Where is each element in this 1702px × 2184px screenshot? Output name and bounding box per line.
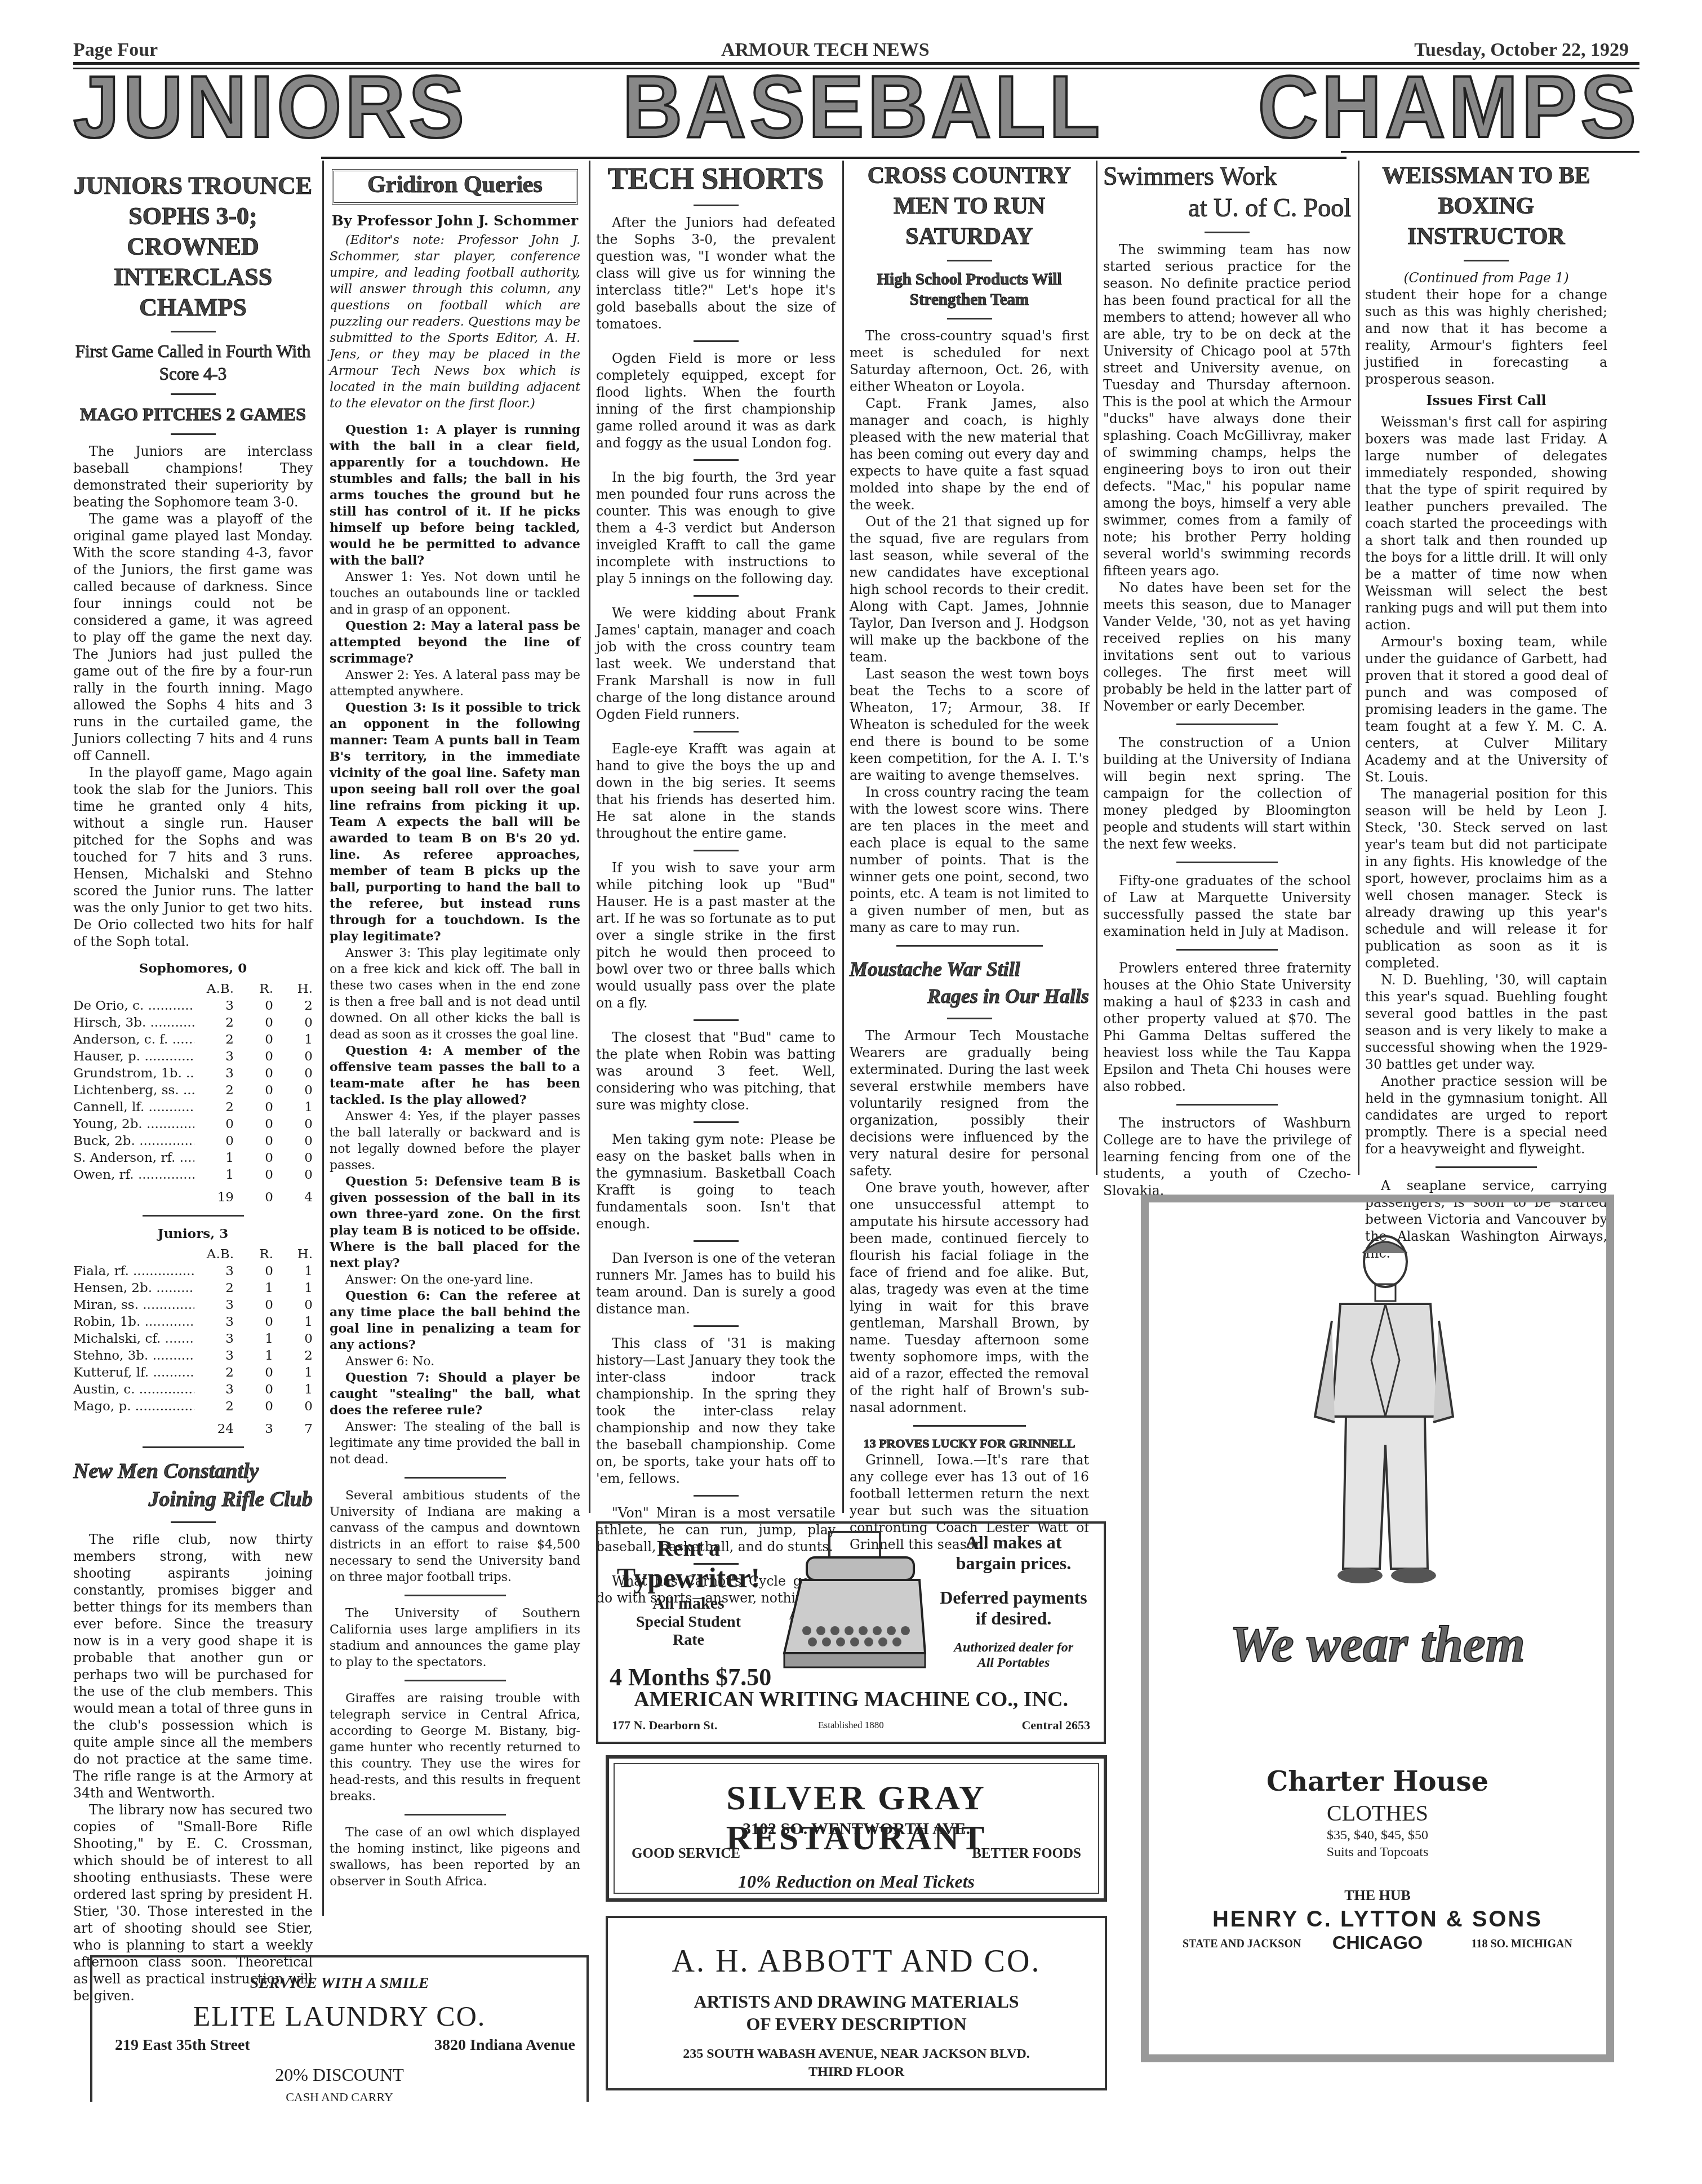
ad-text: CASH AND CARRY — [92, 2090, 586, 2105]
ad-location: 118 SO. MICHIGAN — [1472, 1938, 1572, 1951]
ad-text: bargain prices. — [935, 1553, 1092, 1574]
paragraph: The Armour Tech Moustache Wearers are gr… — [850, 1027, 1089, 1179]
editors-note: (Editor's note: Professor John J. Schomm… — [330, 232, 580, 412]
short-item: Dan Iverson is one of the veteran runner… — [596, 1250, 836, 1317]
player-name: Miran, ss. — [73, 1297, 194, 1313]
article-cross-country: CROSS COUNTRY MEN TO RUN SATURDAY High S… — [850, 161, 1089, 1553]
total-ab: 24 — [194, 1421, 234, 1437]
total-r: 0 — [234, 1189, 273, 1206]
box-score-title: Sophomores, 0 — [73, 960, 313, 977]
stat-r: 0 — [234, 1082, 273, 1099]
stat-ab: 1 — [194, 1149, 234, 1166]
grinnell-headline: 13 PROVES LUCKY FOR GRINNELL — [850, 1436, 1089, 1451]
table-row: De Orio, c.302 — [73, 997, 313, 1014]
stat-ab: 2 — [194, 1031, 234, 1048]
column-divider — [322, 161, 324, 1916]
player-name: Grundstrom, 1b. — [73, 1065, 194, 1082]
totals-row: 1904 — [73, 1189, 313, 1206]
divider — [694, 205, 739, 206]
article-subhead: First Game Called in Fourth With Score 4… — [73, 340, 313, 385]
stat-ab: 2 — [194, 1364, 234, 1381]
article-headline: CROSS COUNTRY MEN TO RUN SATURDAY — [850, 161, 1089, 252]
article-juniors-champs: JUNIORS TROUNCE SOPHS 3-0; CROWNED INTER… — [73, 161, 313, 2004]
box-score-title: Juniors, 3 — [73, 1226, 313, 1242]
paragraph: In cross country racing the team with th… — [850, 784, 1089, 936]
stat-h: 0 — [273, 1014, 313, 1031]
divider — [694, 1495, 739, 1497]
column-divider — [1358, 161, 1359, 1175]
article-swimmers: Swimmers Work at U. of C. Pool The swimm… — [1103, 161, 1351, 1199]
ad-offer: 20% DISCOUNT — [92, 2065, 586, 2085]
stat-h: 1 — [273, 1364, 313, 1381]
stat-h: 1 — [273, 1263, 313, 1280]
question: Question 7: Should a player be caught "s… — [330, 1370, 580, 1419]
ad-address: 3102 SO. WENTWORTH AVE. — [609, 1819, 1104, 1839]
paragraph: Last season the west town boys beat the … — [850, 665, 1089, 784]
column-divider — [1096, 161, 1097, 1175]
paragraph: The Juniors are interclass baseball cham… — [73, 443, 313, 511]
stat-ab: 2 — [194, 1014, 234, 1031]
stat-h: 0 — [273, 1065, 313, 1082]
article-tech-shorts: TECH SHORTS After the Juniors had defeat… — [596, 161, 836, 1623]
player-name: Hirsch, 3b. — [73, 1014, 194, 1031]
player-name: Owen, rf. — [73, 1166, 194, 1183]
ad-silver-gray-restaurant: SILVER GRAY RESTAURANT 3102 SO. WENTWORT… — [606, 1755, 1107, 1902]
stat-r: 0 — [234, 1014, 273, 1031]
news-short: Several ambitious students of the Univer… — [330, 1488, 580, 1586]
divider — [694, 1019, 739, 1021]
stat-ab: 2 — [194, 1398, 234, 1415]
short-item: This class of '31 is making history—Last… — [596, 1335, 836, 1487]
divider — [405, 1595, 506, 1596]
ad-text: GOOD SERVICE — [632, 1846, 740, 1862]
ad-address: 235 SOUTH WABASH AVENUE, NEAR JACKSON BL… — [608, 2047, 1105, 2062]
divider — [913, 1425, 1026, 1427]
divider — [143, 1446, 244, 1448]
player-name: Cannell, lf. — [73, 1099, 194, 1116]
ad-address: 219 East 35th Street — [115, 2036, 250, 2054]
col-header-h: H. — [273, 980, 313, 997]
ad-typewriter: Rent a Typewriter! All makes Special Stu… — [596, 1521, 1106, 1744]
ad-phone: Central 2653 — [1021, 1718, 1090, 1733]
divider — [694, 1121, 739, 1123]
ad-brand: Charter House — [1149, 1766, 1606, 1797]
divider — [1176, 1104, 1278, 1106]
short-item: If you wish to save your arm while pitch… — [596, 859, 836, 1011]
ad-prices: $35, $40, $45, $50 — [1149, 1828, 1606, 1843]
stat-h: 2 — [273, 997, 313, 1014]
stat-r: 0 — [234, 1116, 273, 1133]
paragraph: The managerial position for this season … — [1365, 785, 1607, 971]
table-row: S. Anderson, rf.100 — [73, 1149, 313, 1166]
stat-r: 0 — [234, 1048, 273, 1065]
stat-h: 0 — [273, 1082, 313, 1099]
ad-company: AMERICAN WRITING MACHINE CO., INC. — [598, 1687, 1104, 1712]
short-item: Ogden Field is more or less completely e… — [596, 350, 836, 451]
divider — [947, 260, 992, 261]
table-row: Fiala, rf.301 — [73, 1263, 313, 1280]
article-weissman: WEISSMAN TO BE BOXING INSTRUCTOR (Contin… — [1365, 161, 1607, 1262]
ad-company: HENRY C. LYTTON & SONS — [1149, 1907, 1606, 1932]
article-headline-1: Swimmers Work — [1103, 161, 1351, 192]
stat-h: 2 — [273, 1347, 313, 1364]
player-name: Lichtenberg, ss. — [73, 1082, 194, 1099]
total-h: 7 — [273, 1421, 313, 1437]
table-row: Cannell, lf.201 — [73, 1099, 313, 1116]
divider — [405, 1680, 506, 1681]
banner-word-1: JUNIORS — [73, 57, 468, 158]
stat-ab: 2 — [194, 1280, 234, 1297]
article-headline: TECH SHORTS — [596, 161, 836, 197]
paragraph: In the playoff game, Mago again took the… — [73, 764, 313, 950]
news-short: The University of Southern California us… — [330, 1605, 580, 1671]
stat-ab: 0 — [194, 1133, 234, 1149]
divider — [1464, 260, 1509, 261]
short-item: We were kidding about Frank James' capta… — [596, 605, 836, 723]
divider — [1176, 723, 1278, 725]
stat-ab: 2 — [194, 1082, 234, 1099]
stat-ab: 3 — [194, 1065, 234, 1082]
answer: Answer: The stealing of the ball is legi… — [330, 1419, 580, 1468]
stat-r: 0 — [234, 1263, 273, 1280]
stat-r: 0 — [234, 1133, 273, 1149]
player-name: Hauser, p. — [73, 1048, 194, 1065]
stat-h: 1 — [273, 1031, 313, 1048]
stat-h: 1 — [273, 1381, 313, 1398]
ad-text: Rate — [610, 1631, 767, 1649]
total-r: 3 — [234, 1421, 273, 1437]
divider — [1176, 862, 1278, 863]
col-header-h: H. — [273, 1246, 313, 1263]
stat-r: 0 — [234, 1149, 273, 1166]
rifle-headline-2: Joining Rifle Club — [73, 1485, 313, 1513]
divider — [171, 433, 216, 435]
divider — [694, 731, 739, 733]
ad-text: THIRD FLOOR — [608, 2065, 1105, 2080]
player-name: Austin, c. — [73, 1381, 194, 1398]
short-item: In the big fourth, the 3rd year men poun… — [596, 469, 836, 587]
stat-h: 0 — [273, 1149, 313, 1166]
short-item: Eagle-eye Krafft was again at hand to gi… — [596, 740, 836, 842]
table-row: Young, 2b.000 — [73, 1116, 313, 1133]
short-item: After the Juniors had defeated the Sophs… — [596, 214, 836, 332]
stat-r: 1 — [234, 1330, 273, 1347]
man-in-suit-illustration — [1301, 1231, 1459, 1591]
stat-ab: 3 — [194, 1048, 234, 1065]
table-row: Hensen, 2b.211 — [73, 1280, 313, 1297]
ad-text: BETTER FOODS — [972, 1846, 1081, 1862]
table-row: Miran, ss.300 — [73, 1297, 313, 1313]
stat-h: 0 — [273, 1048, 313, 1065]
column-divider — [589, 161, 590, 1513]
ad-left-block: Rent a Typewriter! All makes Special Stu… — [610, 1535, 767, 1692]
answer: Answer: On the one-yard line. — [330, 1272, 580, 1288]
player-name: Anderson, c. f. — [73, 1031, 194, 1048]
divider — [405, 1477, 506, 1479]
ad-company: ELITE LAUNDRY CO. — [92, 2000, 586, 2032]
player-name: Hensen, 2b. — [73, 1280, 194, 1297]
paragraph: The swimming team has now started seriou… — [1103, 241, 1351, 579]
typewriter-icon — [773, 1529, 936, 1681]
divider — [171, 1521, 216, 1523]
divider — [896, 945, 1043, 947]
short-item: The closest that "Bud" came to the plate… — [596, 1029, 836, 1113]
stat-ab: 0 — [194, 1116, 234, 1133]
player-name: Mago, p. — [73, 1398, 194, 1415]
stat-h: 0 — [273, 1166, 313, 1183]
table-row: Stehno, 3b.312 — [73, 1347, 313, 1364]
table-row: Hirsch, 3b.200 — [73, 1014, 313, 1031]
divider — [143, 1215, 244, 1217]
paragraph: The rifle club, now thirty members stron… — [73, 1531, 313, 1801]
table-row: Anderson, c. f.201 — [73, 1031, 313, 1048]
stat-ab: 3 — [194, 997, 234, 1014]
player-name: Stehno, 3b. — [73, 1347, 194, 1364]
ad-address: 3820 Indiana Avenue — [434, 2036, 575, 2054]
stat-h: 0 — [273, 1330, 313, 1347]
player-name: Buck, 2b. — [73, 1133, 194, 1149]
stat-h: 1 — [273, 1099, 313, 1116]
total-h: 4 — [273, 1189, 313, 1206]
player-name: Robin, 1b. — [73, 1313, 194, 1330]
paragraph: Out of the 21 that signed up for the squ… — [850, 513, 1089, 665]
paragraph: No dates have been set for the meets thi… — [1103, 579, 1351, 714]
stat-h: 0 — [273, 1133, 313, 1149]
ad-text: Special Student — [610, 1613, 767, 1631]
divider — [694, 1240, 739, 1242]
stat-r: 0 — [234, 1398, 273, 1415]
article-headline-2: at U. of C. Pool — [1103, 192, 1351, 224]
table-row: Kutteruf, lf.201 — [73, 1364, 313, 1381]
article-headline: WEISSMAN TO BE BOXING INSTRUCTOR — [1365, 161, 1607, 252]
stat-r: 0 — [234, 1381, 273, 1398]
stat-h: 0 — [273, 1398, 313, 1415]
ad-text: Rent a — [610, 1535, 767, 1561]
news-short: Giraffes are raising trouble with telegr… — [330, 1690, 580, 1805]
moustache-headline-2: Rages in Our Halls — [850, 983, 1089, 1010]
table-row: Mago, p.200 — [73, 1398, 313, 1415]
totals-row: 2437 — [73, 1421, 313, 1437]
divider — [1205, 232, 1250, 233]
table-row: Robin, 1b.301 — [73, 1313, 313, 1330]
answer: Answer 6: No. — [330, 1353, 580, 1370]
stat-r: 0 — [234, 1065, 273, 1082]
paragraph: Weissman's first call for aspiring boxer… — [1365, 414, 1607, 633]
stat-h: 1 — [273, 1313, 313, 1330]
paragraph: student their hope for a change such as … — [1365, 286, 1607, 388]
player-name: De Orio, c. — [73, 997, 194, 1014]
ad-text: All makes at — [935, 1532, 1092, 1553]
ad-the-hub: THE HUB — [1149, 1887, 1606, 1904]
answer: Answer 4: Yes, if the player passes the … — [330, 1108, 580, 1174]
player-name: Michalski, cf. — [73, 1330, 194, 1347]
total-ab: 19 — [194, 1189, 234, 1206]
question: Question 4: A member of the offensive te… — [330, 1043, 580, 1108]
paragraph: Another practice session will be held in… — [1365, 1073, 1607, 1157]
box-score-juniors: Juniors, 3 A.B. R. H. Fiala, rf.301 Hens… — [73, 1226, 313, 1437]
column-divider — [842, 161, 844, 1513]
col-header-ab: A.B. — [194, 980, 234, 997]
divider — [405, 1814, 506, 1815]
ad-right-block: All makes at bargain prices. Deferred pa… — [935, 1532, 1092, 1671]
ad-text: ARTISTS AND DRAWING MATERIALS — [608, 1991, 1105, 2012]
col-header-r: R. — [234, 1246, 273, 1263]
stat-ab: 2 — [194, 1099, 234, 1116]
article-subhead: High School Products Will Strengthen Tea… — [850, 269, 1089, 310]
table-row: Owen, rf.100 — [73, 1166, 313, 1183]
divider — [694, 595, 739, 597]
ad-tagline: SERVICE WITH A SMILE — [92, 1974, 586, 1992]
player-name: S. Anderson, rf. — [73, 1149, 194, 1166]
divider — [171, 331, 216, 332]
ad-text: Authorized dealer for — [935, 1640, 1092, 1655]
col-header-ab: A.B. — [194, 1246, 234, 1263]
question: Question 5: Defensive team B is given po… — [330, 1174, 580, 1272]
paragraph: Capt. Frank James, also manager and coac… — [850, 395, 1089, 513]
news-short: The instructors of Washburn College are … — [1103, 1115, 1351, 1199]
article-subhead: Issues First Call — [1365, 392, 1607, 409]
answer: Answer 2: Yes. A lateral pass may be att… — [330, 667, 580, 700]
divider — [1436, 1166, 1537, 1168]
column-title-box: Gridiron Queries — [332, 169, 578, 205]
ad-offer: 10% Reduction on Meal Tickets — [609, 1871, 1104, 1892]
ad-lytton-charter-house: We wear them Charter House CLOTHES $35, … — [1141, 1195, 1614, 2062]
divider — [694, 459, 739, 461]
divider — [1176, 949, 1278, 951]
answer: Answer 3: This play legitimate only on a… — [330, 945, 580, 1043]
stat-r: 0 — [234, 1297, 273, 1313]
divider — [947, 1018, 992, 1019]
ad-text: All makes — [610, 1594, 767, 1613]
ad-text: Deferred payments if desired. — [935, 1587, 1092, 1629]
moustache-headline-1: Moustache War Still — [850, 956, 1089, 983]
article-headline: JUNIORS TROUNCE SOPHS 3-0; CROWNED INTER… — [73, 171, 313, 323]
stat-h: 0 — [273, 1116, 313, 1133]
player-name: Young, 2b. — [73, 1116, 194, 1133]
byline: By Professor John J. Schommer — [330, 212, 580, 229]
stat-ab: 3 — [194, 1297, 234, 1313]
stat-ab: 3 — [194, 1313, 234, 1330]
question: Question 1: A player is running with the… — [330, 422, 580, 569]
column-title: Gridiron Queries — [367, 172, 543, 198]
stat-r: 0 — [234, 997, 273, 1014]
ad-abbott: A. H. ABBOTT AND CO. ARTISTS AND DRAWING… — [606, 1916, 1107, 2090]
news-short: The construction of a Union building at … — [1103, 734, 1351, 853]
table-row: Hauser, p.300 — [73, 1048, 313, 1065]
ad-text: Typewriter! — [610, 1561, 767, 1594]
article-gridiron-queries: Gridiron Queries By Professor John J. Sc… — [330, 161, 580, 1890]
stat-r: 0 — [234, 1313, 273, 1330]
table-row: Grundstrom, 1b.300 — [73, 1065, 313, 1082]
stat-r: 1 — [234, 1280, 273, 1297]
box-score-sophomores: Sophomores, 0 A.B. R. H. De Orio, c.302 … — [73, 960, 313, 1206]
stat-ab: 3 — [194, 1381, 234, 1398]
stat-ab: 3 — [194, 1330, 234, 1347]
question: Question 3: Is it possible to trick an o… — [330, 700, 580, 945]
paragraph: One brave youth, however, after one unsu… — [850, 1179, 1089, 1416]
stat-r: 0 — [234, 1364, 273, 1381]
divider — [694, 1325, 739, 1327]
ad-company: A. H. ABBOTT AND CO. — [608, 1943, 1105, 1979]
banner-rule-2 — [321, 157, 1347, 159]
divider — [947, 318, 992, 319]
table-row: Lichtenberg, ss.200 — [73, 1082, 313, 1099]
stat-h: 1 — [273, 1280, 313, 1297]
banner-word-2: BASEBALL — [622, 57, 1103, 158]
banner-rule — [1341, 151, 1639, 153]
banner-word-3: CHAMPS — [1258, 57, 1639, 158]
stat-h: 0 — [273, 1297, 313, 1313]
box-score-header: A.B. R. H. — [73, 1246, 313, 1263]
stat-r: 0 — [234, 1031, 273, 1048]
stat-ab: 1 — [194, 1166, 234, 1183]
stat-ab: 3 — [194, 1263, 234, 1280]
paragraph: The cross-country squad's first meet is … — [850, 327, 1089, 395]
question: Question 2: May a lateral pass be attemp… — [330, 618, 580, 667]
paragraph: The game was a playoff of the original g… — [73, 511, 313, 764]
divider — [694, 850, 739, 851]
box-score-header: A.B. R. H. — [73, 980, 313, 997]
news-short: Prowlers entered three fraternity houses… — [1103, 960, 1351, 1095]
player-name: Kutteruf, lf. — [73, 1364, 194, 1381]
rifle-headline-1: New Men Constantly — [73, 1457, 313, 1485]
news-short: Fifty-one graduates of the school of Law… — [1103, 872, 1351, 940]
ad-script-logo: We wear them — [1149, 1619, 1606, 1670]
banner-headline: JUNIORS BASEBALL CHAMPS — [73, 72, 1639, 143]
article-subhead-2: MAGO PITCHES 2 GAMES — [73, 403, 313, 425]
table-row: Michalski, cf.310 — [73, 1330, 313, 1347]
stat-ab: 3 — [194, 1347, 234, 1364]
question: Question 6: Can the referee at any time … — [330, 1288, 580, 1353]
news-short: The case of an owl which displayed the h… — [330, 1825, 580, 1890]
ad-text: OF EVERY DESCRIPTION — [608, 2014, 1105, 2035]
short-item: Men taking gym note: Please be easy on t… — [596, 1131, 836, 1232]
table-row: Buck, 2b.000 — [73, 1133, 313, 1149]
divider — [694, 340, 739, 342]
ad-text: All Portables — [935, 1655, 1092, 1671]
paragraph: N. D. Buehling, '30, will captain this y… — [1365, 971, 1607, 1073]
player-name: Fiala, rf. — [73, 1263, 194, 1280]
ad-elite-laundry: SERVICE WITH A SMILE ELITE LAUNDRY CO. 2… — [90, 1955, 589, 2102]
stat-r: 0 — [234, 1099, 273, 1116]
divider — [171, 393, 216, 395]
ad-product: CLOTHES — [1149, 1800, 1606, 1826]
stat-r: 0 — [234, 1166, 273, 1183]
table-row: Austin, c.301 — [73, 1381, 313, 1398]
ad-items: Suits and Topcoats — [1149, 1845, 1606, 1860]
answer: Answer 1: Yes. Not down until he touches… — [330, 569, 580, 618]
col-header-r: R. — [234, 980, 273, 997]
stat-r: 1 — [234, 1347, 273, 1364]
continued-note: (Continued from Page 1) — [1365, 269, 1607, 286]
paragraph: Armour's boxing team, while under the gu… — [1365, 633, 1607, 785]
